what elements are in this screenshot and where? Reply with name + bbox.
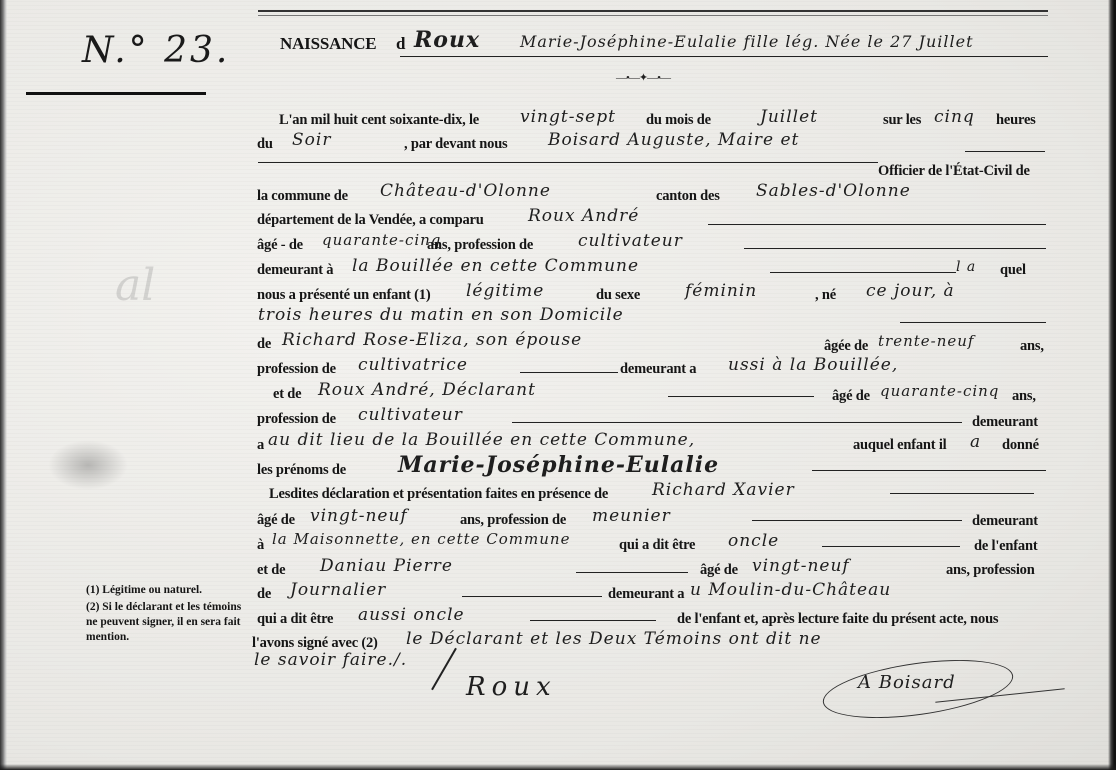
child-surname: Roux <box>414 27 480 53</box>
fill-line <box>752 520 962 521</box>
handwritten-legitimacy: légitime <box>466 281 544 301</box>
print-text: auquel enfant il <box>853 437 947 454</box>
print-text: âgée de <box>824 338 868 355</box>
handwritten-mother-age: trente-neuf <box>878 332 974 350</box>
fill-line <box>744 248 1046 249</box>
scanned-document-page: al N.° 23. NAISSANCE d Roux Marie-Joséph… <box>0 0 1116 770</box>
handwritten-signing-statement-end: le savoir faire./. <box>254 650 407 670</box>
print-text: les prénoms de <box>257 462 346 479</box>
ornament-divider: —•—✦—•— <box>582 73 704 83</box>
handwritten-day: vingt-sept <box>520 107 616 127</box>
print-text: à <box>257 537 264 554</box>
handwritten-witness-2-relation: aussi oncle <box>358 605 465 625</box>
handwritten-father-profession: cultivateur <box>358 405 463 425</box>
page-bottom-shadow <box>0 764 1116 770</box>
print-text: qui a dit être <box>619 537 695 554</box>
print-text: et de <box>257 562 285 579</box>
handwritten-time-of-day: Soir <box>292 130 331 150</box>
ink-smudge <box>48 440 128 490</box>
fill-line <box>520 372 618 373</box>
fill-line <box>512 422 962 423</box>
fill-line <box>900 322 1046 323</box>
binding-edge <box>0 0 7 770</box>
fill-line <box>668 396 814 397</box>
handwritten-declarant: Roux André <box>528 206 639 226</box>
handwritten-birth-time-place: trois heures du matin en son Domicile <box>258 305 624 325</box>
print-text: qui a dit être <box>257 611 333 628</box>
print-text: canton des <box>656 188 720 205</box>
print-text: Officier de l'État-Civil de <box>878 163 1030 180</box>
handwritten-witness-1-relation: oncle <box>728 531 779 551</box>
handwritten-witness-1-age: vingt-neuf <box>310 506 408 526</box>
handwritten-commune: Château-d'Olonne <box>380 181 551 201</box>
handwritten-witness-1: Richard Xavier <box>652 480 795 500</box>
print-text: ans, profession <box>946 562 1035 579</box>
handwritten-mother-residence: ussi à la Bouillée, <box>728 355 898 375</box>
fill-line <box>770 272 956 273</box>
fill-line <box>258 162 878 163</box>
print-text: de <box>257 336 271 353</box>
print-text: âgé de <box>832 388 870 405</box>
print-text: âgé de <box>700 562 738 579</box>
handwritten-month: Juillet <box>760 107 818 127</box>
fill-line <box>965 151 1045 152</box>
handwritten-mother-profession: cultivatrice <box>358 355 468 375</box>
page-edge-shadow <box>1108 0 1116 770</box>
footnote-2: (2) Si le déclarant et les témoins ne pe… <box>86 600 244 645</box>
handwritten-fill: a <box>970 432 981 452</box>
print-text: âgé de <box>257 512 295 529</box>
handwritten-father: Roux André, Déclarant <box>318 380 536 400</box>
print-text: ans, profession de <box>427 237 533 254</box>
print-text: a <box>257 437 264 454</box>
pen-stroke <box>431 648 457 691</box>
handwritten-witness-2-profession: Journalier <box>290 580 386 600</box>
print-text: département de la Vendée, a comparu <box>257 212 484 229</box>
print-text: sur les <box>883 112 921 129</box>
print-text: et de <box>273 386 301 403</box>
act-title: NAISSANCE <box>280 34 376 54</box>
print-text: âgé - de <box>257 237 303 254</box>
handwritten-signing-statement: le Déclarant et les Deux Témoins ont dit… <box>406 629 822 649</box>
fill-line <box>812 470 1046 471</box>
print-text: nous a présenté un enfant (1) <box>257 287 430 304</box>
print-text: de l'enfant <box>974 538 1037 555</box>
handwritten-mother: Richard Rose-Eliza, son épouse <box>282 330 582 350</box>
print-text: du sexe <box>596 287 640 304</box>
fill-line <box>576 572 688 573</box>
print-text: ans, profession de <box>460 512 566 529</box>
handwritten-age: quarante-cinq <box>322 231 441 249</box>
handwritten-residence: au dit lieu de la Bouillée en cette Comm… <box>268 430 695 450</box>
print-text: profession de <box>257 411 336 428</box>
fill-line <box>822 546 960 547</box>
print-text: ans, <box>1020 338 1044 355</box>
handwritten-fill: l a <box>956 259 976 275</box>
marginal-summary: Marie-Joséphine-Eulalie fille lég. Née l… <box>520 32 974 51</box>
print-text: de <box>257 586 271 603</box>
print-text: ans, <box>1012 388 1036 405</box>
handwritten-residence: la Bouillée en cette Commune <box>352 256 639 276</box>
handwritten-birth-date: ce jour, à <box>866 281 955 301</box>
fill-line <box>890 493 1034 494</box>
handwritten-sex: féminin <box>685 281 757 301</box>
handwritten-witness-2-age: vingt-neuf <box>752 556 850 576</box>
handwritten-hour: cinq <box>934 107 975 127</box>
print-text: la commune de <box>257 188 348 205</box>
handwritten-given-names: Marie-Joséphine-Eulalie <box>398 452 719 478</box>
print-text: demeurant à <box>257 262 333 279</box>
top-rule <box>258 10 1048 16</box>
print-text: demeurant a <box>608 586 684 603</box>
print-text: , né <box>815 287 836 304</box>
bleed-through-mark: al <box>115 260 155 311</box>
header-underline <box>400 56 1048 57</box>
handwritten-canton: Sables-d'Olonne <box>756 181 911 201</box>
handwritten-witness-2: Daniau Pierre <box>320 556 453 576</box>
act-number-underline <box>26 92 206 95</box>
print-text: donné <box>1002 437 1039 454</box>
print-text: L'an mil huit cent soixante-dix, le <box>279 112 479 129</box>
print-text: du <box>257 136 273 153</box>
footnote-1: (1) Légitime ou naturel. <box>86 583 244 598</box>
fill-line <box>462 596 602 597</box>
handwritten-profession: cultivateur <box>578 231 683 251</box>
handwritten-witness-1-profession: meunier <box>592 506 671 526</box>
print-text: heures <box>996 112 1036 129</box>
print-text: du mois de <box>646 112 711 129</box>
print-text: demeurant <box>972 513 1038 530</box>
fill-line <box>530 620 656 621</box>
signature-declarant: Roux <box>466 672 557 702</box>
print-text: Lesdites déclaration et présentation fai… <box>269 486 608 503</box>
handwritten-officer: Boisard Auguste, Maire et <box>548 130 799 150</box>
print-text: quel <box>1000 262 1026 279</box>
handwritten-witness-1-residence: la Maisonnette, en cette Commune <box>272 530 570 548</box>
print-text: , par devant nous <box>404 136 508 153</box>
handwritten-witness-2-residence: u Moulin-du-Château <box>690 580 891 600</box>
act-title-de: d <box>396 34 405 54</box>
signature-mayor: A Boisard <box>858 672 956 693</box>
print-text: demeurant <box>972 414 1038 431</box>
act-number: N.° 23. <box>82 30 230 71</box>
print-text: de l'enfant et, après lecture faite du p… <box>677 611 998 628</box>
handwritten-father-age: quarante-cinq <box>880 382 999 400</box>
print-text: profession de <box>257 361 336 378</box>
fill-line <box>708 224 1046 225</box>
print-text: demeurant a <box>620 361 696 378</box>
